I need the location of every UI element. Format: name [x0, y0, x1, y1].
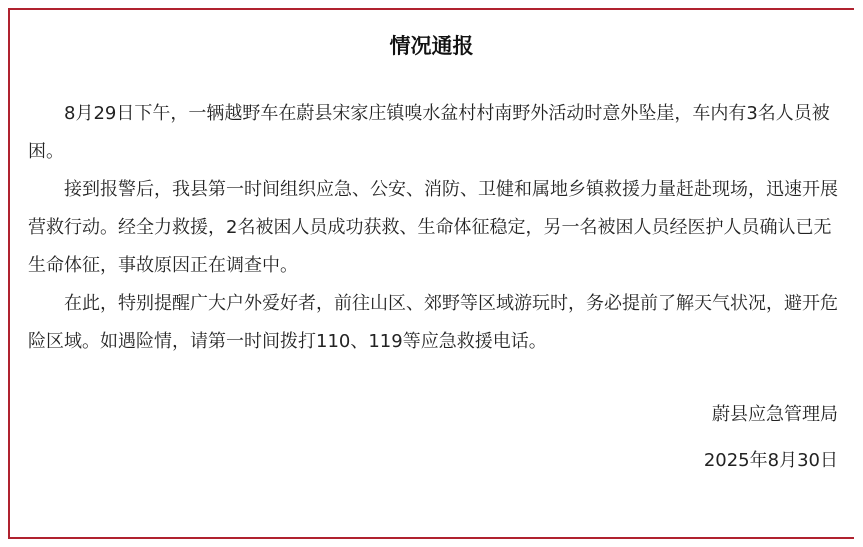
- issuer-name: 蔚县应急管理局: [712, 400, 838, 426]
- issue-date: 2025年8月30日: [704, 446, 838, 472]
- document-title: 情况通报: [0, 30, 863, 60]
- paragraph-incident: 8月29日下午，一辆越野车在蔚县宋家庄镇嗅水盆村村南野外活动时意外坠崖，车内有3…: [28, 95, 848, 171]
- paragraph-rescue: 接到报警后，我县第一时间组织应急、公安、消防、卫健和属地乡镇救援力量赶赴现场，迅…: [28, 171, 848, 285]
- document-body: 8月29日下午，一辆越野车在蔚县宋家庄镇嗅水盆村村南野外活动时意外坠崖，车内有3…: [28, 95, 848, 361]
- paragraph-reminder: 在此，特别提醒广大户外爱好者，前往山区、郊野等区域游玩时，务必提前了解天气状况，…: [28, 285, 848, 361]
